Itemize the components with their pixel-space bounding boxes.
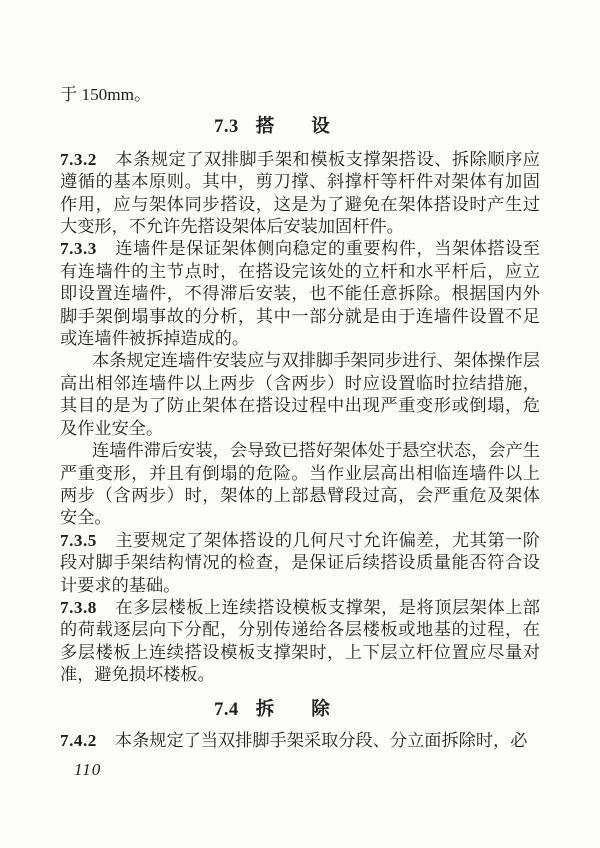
section-7-4-number: 7.4 [214,700,239,720]
page-content: 于 150mm。 7.3搭 设 7.3.2本条规定了双排脚手架和模板支撑架搭设、… [0,0,600,782]
clause-7-4-2: 7.4.2本条规定了当双排脚手架采取分段、分立面拆除时，必 [60,730,540,752]
section-7-3-number: 7.3 [214,117,239,137]
clause-7-4-2-text: 本条规定了当双排脚手架采取分段、分立面拆除时，必 [115,731,528,750]
page-number: 110 [60,759,540,781]
scan-speck [527,404,530,407]
document-page: 于 150mm。 7.3搭 设 7.3.2本条规定了双排脚手架和模板支撑架搭设、… [0,0,600,848]
section-heading-7-3: 7.3搭 设 [60,116,540,138]
clause-7-3-5-text: 主要规定了架体搭设的几何尺寸允许偏差，尤其第一阶段对脚手架结构情况的检查，是保证… [60,531,540,595]
clause-7-4-2-label: 7.4.2 [60,731,97,750]
clause-7-3-8-label: 7.3.8 [60,598,97,617]
clause-7-3-8-text: 在多层楼板上连续搭设模板支撑架，是将顶层架体上部的荷载逐层向下分配，分别传递给各… [60,598,540,684]
clause-7-3-2: 7.3.2本条规定了双排脚手架和模板支撑架搭设、拆除顺序应遵循的基本原则。其中，… [60,149,540,239]
continuation-line: 于 150mm。 [60,84,540,106]
clause-7-3-3-text: 连墙件是保证架体侧向稳定的重要构件，当架体搭设至有连墙件的主节点时，在搭设完该处… [60,239,540,348]
section-7-4-title: 拆 除 [256,700,330,720]
paragraph-connector-delay: 连墙件滞后安装，会导致已搭好架体处于悬空状态，会产生严重变形，并且有倒塌的危险。… [60,440,540,530]
clause-7-3-2-text: 本条规定了双排脚手架和模板支撑架搭设、拆除顺序应遵循的基本原则。其中，剪刀撑、斜… [60,150,540,236]
clause-7-3-3: 7.3.3连墙件是保证架体侧向稳定的重要构件，当架体搭设至有连墙件的主节点时，在… [60,238,540,350]
clause-7-3-5: 7.3.5主要规定了架体搭设的几何尺寸允许偏差，尤其第一阶段对脚手架结构情况的检… [60,530,540,597]
clause-7-3-3-label: 7.3.3 [60,239,97,258]
clause-7-3-8: 7.3.8在多层楼板上连续搭设模板支撑架，是将顶层架体上部的荷载逐层向下分配，分… [60,597,540,687]
paragraph-connector-install: 本条规定连墙件安装应与双排脚手架同步进行、架体操作层高出相邻连墙件以上两步（含两… [60,350,540,440]
clause-7-3-2-label: 7.3.2 [60,150,97,169]
section-7-3-title: 搭 设 [256,117,330,137]
clause-7-3-5-label: 7.3.5 [60,531,97,550]
section-heading-7-4: 7.4拆 除 [60,699,540,721]
